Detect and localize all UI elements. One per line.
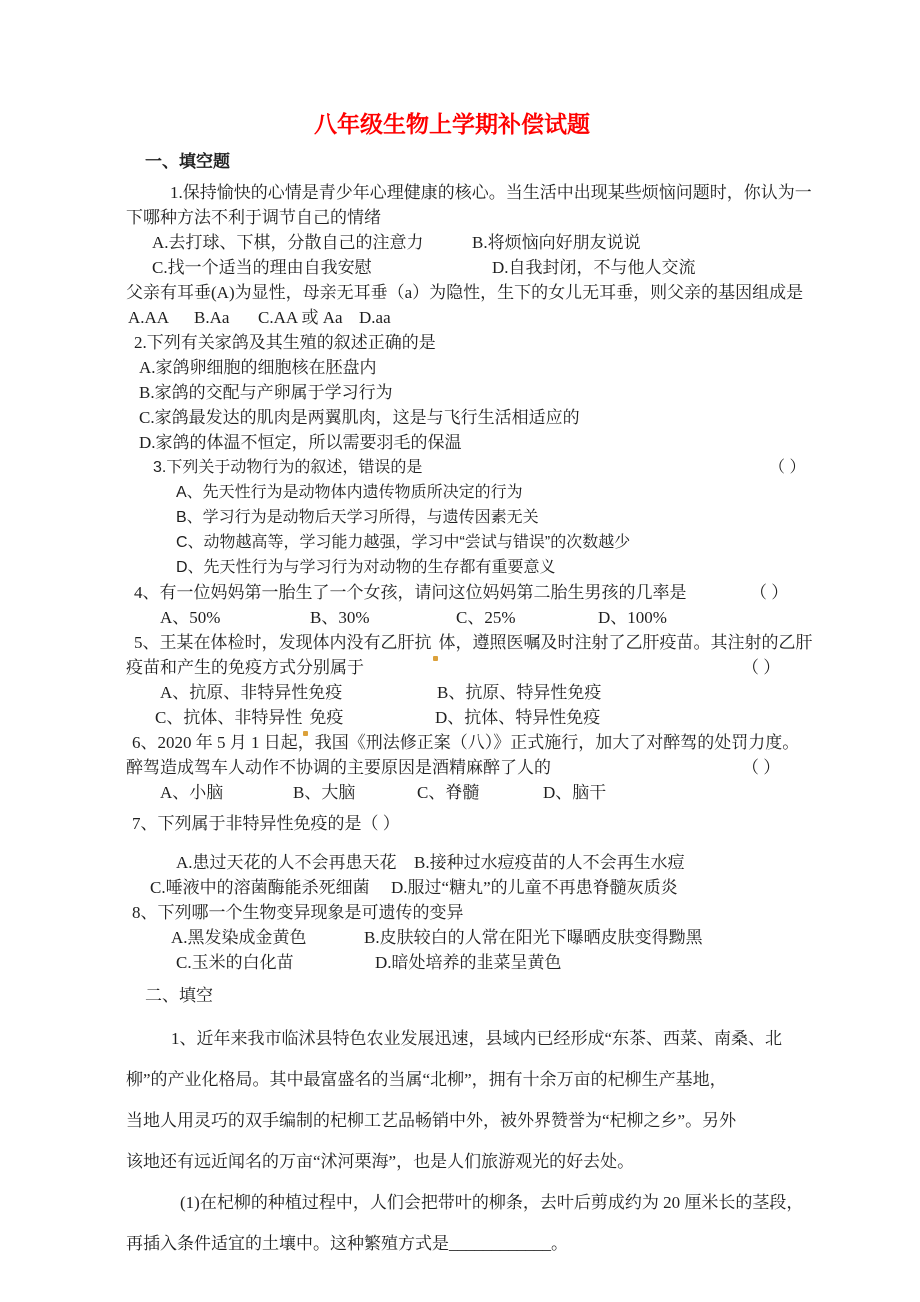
option-a: A、50% <box>160 605 310 630</box>
question-6-line-1: 6、2020 年 5 月 1 日起，我国《刑法修正案（八）》正式施行，加大了对醉… <box>132 730 778 755</box>
question-1-line-2: 下哪种方法不利于调节自己的情绪 <box>126 205 778 230</box>
option-d: D.aa <box>359 308 391 327</box>
option-d: D.服过“糖丸”的儿童不再患脊髓灰质炎 <box>391 878 678 897</box>
option-a: A.黑发染成金黄色 <box>171 925 364 950</box>
question-3-option-b: B、学习行为是动物后天学习所得，与遗传因素无关 <box>176 505 778 530</box>
question-4-options: A、50%B、30%C、25%D、100% <box>160 605 778 630</box>
option-a: A.患过天花的人不会再患天花 <box>176 850 414 875</box>
question-2-option-a: A.家鸽卵细胞的细胞核在胚盘内 <box>139 355 778 380</box>
section-2-paragraph-line-3: 当地人用灵巧的双手编制的杞柳工艺品畅销中外，被外界赞誉为“杞柳之乡”。另外 <box>126 1100 778 1141</box>
option-a: A、抗原、非特异性免疫 <box>160 680 437 705</box>
option-c: C、25% <box>456 605 598 630</box>
option-c: C.唾液中的溶菌酶能杀死细菌 <box>150 875 391 900</box>
question-8-options-cd: C.玉米的白化苗D.暗处培养的韭菜呈黄色 <box>176 950 778 975</box>
question-5-options-ab: A、抗原、非特异性免疫B、抗原、特异性免疫 <box>160 680 778 705</box>
option-a: A.去打球、下棋，分散自己的注意力 <box>152 230 472 255</box>
sub-question-1-line-2-with-answer-blank: 再插入条件适宜的土壤中。这种繁殖方式是____________。 <box>126 1223 778 1264</box>
option-c: C.玉米的白化苗 <box>176 950 375 975</box>
option-d: D、100% <box>598 608 667 627</box>
option-d: D.自我封闭，不与他人交流 <box>492 258 696 277</box>
question-2-stem: 2.下列有关家鸽及其生殖的叙述正确的是 <box>134 330 778 355</box>
option-b: B.接种过水痘疫苗的人不会再生水痘 <box>414 853 685 872</box>
answer-bracket: （ ） <box>769 455 805 480</box>
question-1-options-cd: C.找一个适当的理由自我安慰D.自我封闭，不与他人交流 <box>152 255 778 280</box>
option-b: B.皮肤较白的人常在阳光下曝晒皮肤变得黝黑 <box>364 928 703 947</box>
option-b: B、30% <box>310 605 456 630</box>
question-7-options-cd: C.唾液中的溶菌酶能杀死细菌D.服过“糖丸”的儿童不再患脊髓灰质炎 <box>150 875 778 900</box>
question-3-option-c: C、动物越高等，学习能力越强，学习中“尝试与错误”的次数越少 <box>176 530 778 555</box>
option-b: B、抗原、特异性免疫 <box>437 683 601 702</box>
question-8-options-ab: A.黑发染成金黄色B.皮肤较白的人常在阳光下曝晒皮肤变得黝黑 <box>171 925 778 950</box>
option-b: B.Aa <box>194 305 258 330</box>
question-5-line-2: 疫苗和产生的免疫方式分别属于 （ ） <box>126 655 778 680</box>
question-2-option-b: B.家鸽的交配与产卵属于学习行为 <box>139 380 778 405</box>
option-b: B、大脑 <box>293 780 417 805</box>
question-6-options: A、小脑B、大脑C、脊髓D、脑干 <box>160 780 778 805</box>
answer-bracket: （ ） <box>750 580 788 605</box>
section-2-heading: 二、填空 <box>145 983 778 1008</box>
option-a: A、小脑 <box>160 780 293 805</box>
section-1-heading: 一、填空题 <box>145 150 778 174</box>
question-2-option-d: D.家鸽的体温不恒定，所以需要羽毛的保温 <box>139 430 778 455</box>
answer-bracket: （ ） <box>742 655 780 680</box>
section-2-paragraph-line-1: 1、近年来我市临沭县特色农业发展迅速，县域内已经形成“东茶、西菜、南桑、北 <box>171 1018 778 1059</box>
option-b: B.将烦恼向好朋友说说 <box>472 233 641 252</box>
question-4-stem: 4、有一位妈妈第一胎生了一个女孩，请问这位妈妈第二胎生男孩的几率是 （ ） <box>134 580 778 605</box>
option-c: C、脊髓 <box>417 780 543 805</box>
question-8-stem: 8、下列哪一个生物变异现象是可遗传的变异 <box>132 900 778 925</box>
section-2: 二、填空 1、近年来我市临沭县特色农业发展迅速，县域内已经形成“东茶、西菜、南桑… <box>126 983 778 1264</box>
sub-question-1-line-1: (1)在杞柳的种植过程中，人们会把带叶的柳条，去叶后剪成约为 20 厘米长的茎段… <box>180 1182 778 1223</box>
earlobe-question-options: A.AAB.AaC.AA 或 AaD.aa <box>128 305 778 330</box>
question-1-options-ab: A.去打球、下棋，分散自己的注意力B.将烦恼向好朋友说说 <box>152 230 778 255</box>
option-a: A.AA <box>128 305 194 330</box>
question-5-line-1: 5、王某在体检时，发现体内没有乙肝抗体，遵照医嘱及时注射了乙肝疫苗。其注射的乙肝 <box>134 630 778 655</box>
question-2-option-c: C.家鸽最发达的肌肉是两翼肌肉，这是与飞行生活相适应的 <box>139 405 778 430</box>
option-c: C.找一个适当的理由自我安慰 <box>152 255 492 280</box>
section-2-paragraph-line-2: 柳”的产业化格局。其中最富盛名的当属“北柳”，拥有十余万亩的杞柳生产基地， <box>126 1059 778 1100</box>
section-1: 一、填空题 1.保持愉快的心情是青少年心理健康的核心。当生活中出现某些烦恼问题时… <box>126 150 778 975</box>
option-d: D、抗体、特异性免疫 <box>435 708 600 727</box>
question-1-line-1: 1.保持愉快的心情是青少年心理健康的核心。当生活中出现某些烦恼问题时，你认为一 <box>170 180 778 205</box>
section-2-paragraph-line-4: 该地还有远近闻名的万亩“沭河栗海”，也是人们旅游观光的好去处。 <box>126 1141 778 1182</box>
option-d: D、脑干 <box>543 783 606 802</box>
page-title: 八年级生物上学期补偿试题 <box>126 110 778 140</box>
earlobe-question-stem: 父亲有耳垂(A)为显性，母亲无耳垂（a）为隐性，生下的女儿无耳垂，则父亲的基因组… <box>126 280 778 305</box>
question-7-stem: 7、下列属于非特异性免疫的是（ ） <box>132 811 778 836</box>
question-7-options-ab: A.患过天花的人不会再患天花B.接种过水痘疫苗的人不会再生水痘 <box>176 850 778 875</box>
question-6-line-2: 醉驾造成驾车人动作不协调的主要原因是酒精麻醉了人的 （ ） <box>126 755 778 780</box>
question-3-option-a: A、先天性行为是动物体内遗传物质所决定的行为 <box>176 480 778 505</box>
question-5-options-cd: C、抗体、非特异性免疫D、抗体、特异性免疫 <box>155 705 778 730</box>
question-3-option-d: D、先天性行为与学习行为对动物的生存都有重要意义 <box>176 555 778 580</box>
option-c: C.AA 或 Aa <box>258 305 359 330</box>
option-d: D.暗处培养的韭菜呈黄色 <box>375 953 562 972</box>
answer-bracket: （ ） <box>742 755 780 780</box>
exam-document-page: 八年级生物上学期补偿试题 一、填空题 1.保持愉快的心情是青少年心理健康的核心。… <box>0 0 920 1302</box>
question-3-stem: 3.下列关于动物行为的叙述，错误的是 （ ） <box>153 455 778 480</box>
